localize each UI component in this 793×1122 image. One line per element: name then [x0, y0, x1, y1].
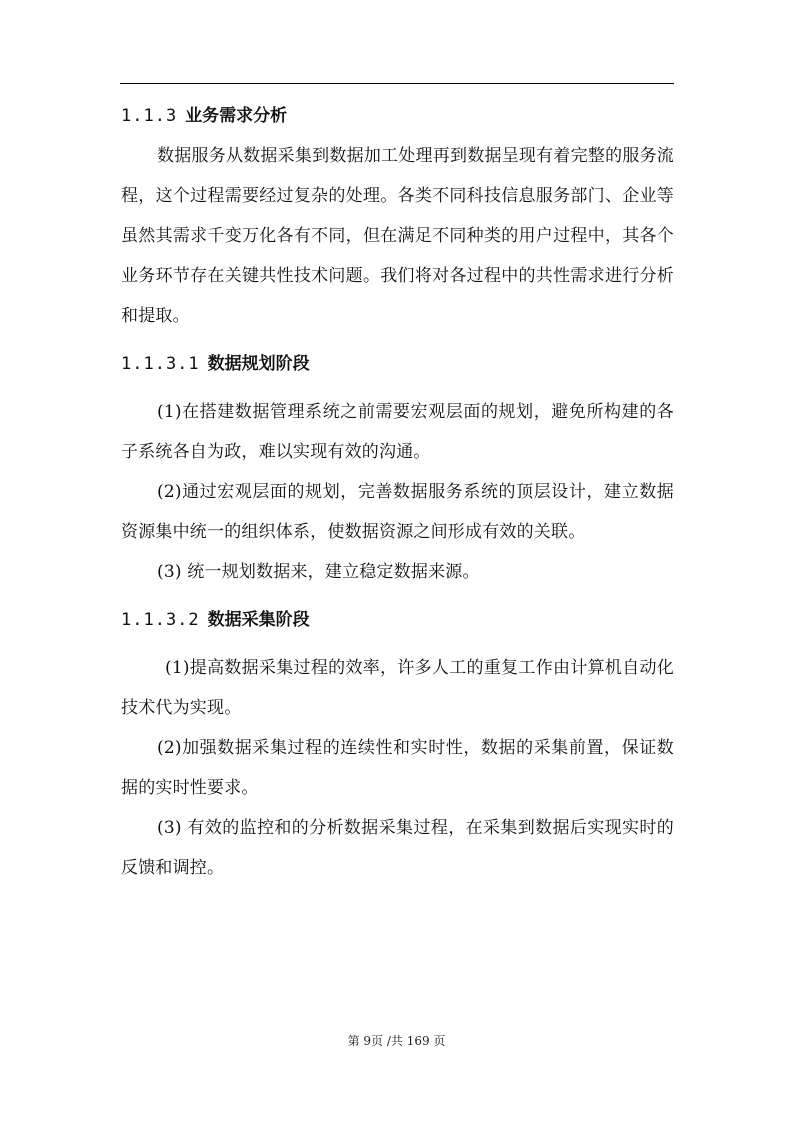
section-number: 1.1.3 [121, 106, 177, 126]
paragraph: 数据服务从数据采集到数据加工处理再到数据呈现有着完整的服务流程，这个过程需要经过… [121, 136, 674, 336]
document-body: 1.1.3业务需求分析 数据服务从数据采集到数据加工处理再到数据呈现有着完整的服… [121, 96, 674, 888]
section-heading-1-1-3-1: 1.1.3.1数据规划阶段 [121, 344, 674, 384]
section-title: 数据采集阶段 [208, 610, 310, 630]
list-paragraph: (2)加强数据采集过程的连续性和实时性，数据的采集前置，保证数据的实时性要求。 [121, 728, 674, 808]
header-rule [120, 83, 674, 84]
section-number: 1.1.3.1 [121, 354, 200, 374]
section-title: 数据规划阶段 [208, 354, 310, 374]
list-paragraph: (2)通过宏观层面的规划，完善数据服务系统的顶层设计，建立数据资源集中统一的组织… [121, 472, 674, 552]
section-number: 1.1.3.2 [121, 610, 200, 630]
list-paragraph: (3) 统一规划数据来，建立稳定数据来源。 [121, 552, 674, 592]
section-heading-1-1-3-2: 1.1.3.2数据采集阶段 [121, 600, 674, 640]
section-title: 业务需求分析 [185, 106, 287, 126]
list-paragraph: (3) 有效的监控和的分析数据采集过程，在采集到数据后实现实时的反馈和调控。 [121, 808, 674, 888]
list-paragraph: (1)在搭建数据管理系统之前需要宏观层面的规划，避免所构建的各子系统各自为政，难… [121, 392, 674, 472]
section-heading-1-1-3: 1.1.3业务需求分析 [121, 96, 674, 136]
list-paragraph: (1)提高数据采集过程的效率，许多人工的重复工作由计算机自动化技术代为实现。 [121, 648, 674, 728]
page-number-footer: 第 9页 /共 169 页 [0, 1032, 793, 1049]
